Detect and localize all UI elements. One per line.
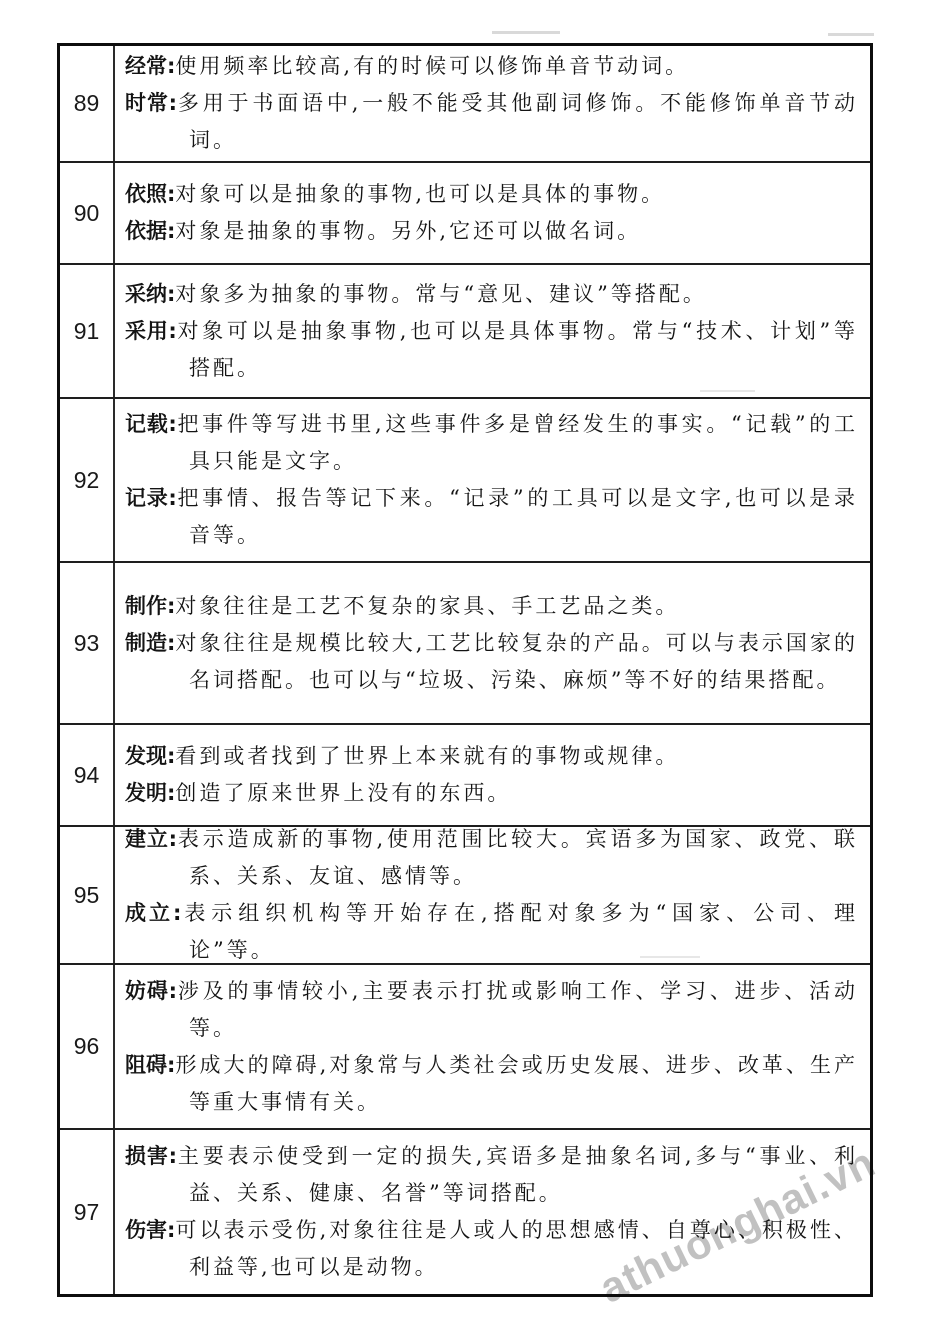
row-number: 89 bbox=[60, 46, 115, 161]
table-row-91: 91 采纳:对象多为抽象的事物。常与“意见、建议”等搭配。 采用:对象可以是抽象… bbox=[60, 265, 870, 399]
term-word: 制作: bbox=[125, 594, 175, 618]
term-explanation: 创造了原来世界上没有的东西。 bbox=[175, 781, 511, 805]
term-explanation: 形成大的障碍,对象常与人类社会或历史发展、进步、改革、生产等重大事情有关。 bbox=[175, 1053, 858, 1114]
row-number: 94 bbox=[60, 725, 115, 825]
term-word: 记载: bbox=[125, 412, 177, 436]
term-word: 建立: bbox=[125, 827, 177, 851]
term-word: 发明: bbox=[125, 781, 175, 805]
term-word: 采纳: bbox=[125, 282, 175, 306]
term-word: 成立: bbox=[125, 901, 181, 925]
row-number: 92 bbox=[60, 399, 115, 561]
definition-entry: 记录:把事情、报告等记下来。“记录”的工具可以是文字,也可以是录音等。 bbox=[125, 480, 858, 554]
definition-entry: 妨碍:涉及的事情较小,主要表示打扰或影响工作、学习、进步、活动等。 bbox=[125, 973, 858, 1047]
synonym-comparison-table: 89 经常:使用频率比较高,有的时候可以修饰单音节动词。 时常:多用于书面语中,… bbox=[57, 43, 873, 1297]
term-word: 妨碍: bbox=[125, 979, 177, 1003]
term-explanation: 把事件等写进书里,这些事件多是曾经发生的事实。“记载”的工具只能是文字。 bbox=[177, 412, 858, 473]
row-content: 妨碍:涉及的事情较小,主要表示打扰或影响工作、学习、进步、活动等。 阻碍:形成大… bbox=[115, 965, 870, 1128]
term-explanation: 对象可以是抽象的事物,也可以是具体的事物。 bbox=[175, 182, 665, 206]
table-row-90: 90 依照:对象可以是抽象的事物,也可以是具体的事物。 依据:对象是抽象的事物。… bbox=[60, 163, 870, 265]
term-explanation: 对象是抽象的事物。另外,它还可以做名词。 bbox=[175, 219, 641, 243]
row-content: 制作:对象往往是工艺不复杂的家具、手工艺品之类。 制造:对象往往是规模比较大,工… bbox=[115, 563, 870, 723]
term-word: 损害: bbox=[125, 1144, 177, 1168]
table-row-92: 92 记载:把事件等写进书里,这些事件多是曾经发生的事实。“记载”的工具只能是文… bbox=[60, 399, 870, 563]
definition-entry: 依照:对象可以是抽象的事物,也可以是具体的事物。 bbox=[125, 176, 858, 213]
definition-entry: 采用:对象可以是抽象事物,也可以是具体事物。常与“技术、计划”等搭配。 bbox=[125, 313, 858, 387]
row-content: 损害:主要表示使受到一定的损失,宾语多是抽象名词,多与“事业、利益、关系、健康、… bbox=[115, 1130, 870, 1294]
definition-entry: 伤害:可以表示受伤,对象往往是人或人的思想感情、自尊心、积极性、利益等,也可以是… bbox=[125, 1212, 858, 1286]
term-word: 制造: bbox=[125, 631, 175, 655]
definition-entry: 记载:把事件等写进书里,这些事件多是曾经发生的事实。“记载”的工具只能是文字。 bbox=[125, 406, 858, 480]
term-word: 经常: bbox=[125, 54, 175, 78]
term-explanation: 表示组织机构等开始存在,搭配对象多为“国家、公司、理论”等。 bbox=[181, 901, 858, 962]
term-explanation: 使用频率比较高,有的时候可以修饰单音节动词。 bbox=[175, 54, 689, 78]
definition-entry: 发明:创造了原来世界上没有的东西。 bbox=[125, 775, 858, 812]
definition-entry: 建立:表示造成新的事物,使用范围比较大。宾语多为国家、政党、联系、关系、友谊、感… bbox=[125, 821, 858, 895]
definition-entry: 依据:对象是抽象的事物。另外,它还可以做名词。 bbox=[125, 213, 858, 250]
table-row-95: 95 建立:表示造成新的事物,使用范围比较大。宾语多为国家、政党、联系、关系、友… bbox=[60, 827, 870, 965]
term-explanation: 对象往往是规模比较大,工艺比较复杂的产品。可以与表示国家的名词搭配。也可以与“垃… bbox=[175, 631, 858, 692]
table-row-94: 94 发现:看到或者找到了世界上本来就有的事物或规律。 发明:创造了原来世界上没… bbox=[60, 725, 870, 827]
term-explanation: 表示造成新的事物,使用范围比较大。宾语多为国家、政党、联系、关系、友谊、感情等。 bbox=[177, 827, 858, 888]
row-content: 建立:表示造成新的事物,使用范围比较大。宾语多为国家、政党、联系、关系、友谊、感… bbox=[115, 827, 870, 963]
row-number: 96 bbox=[60, 965, 115, 1128]
row-content: 依照:对象可以是抽象的事物,也可以是具体的事物。 依据:对象是抽象的事物。另外,… bbox=[115, 163, 870, 263]
term-word: 采用: bbox=[125, 319, 177, 343]
row-number: 90 bbox=[60, 163, 115, 263]
definition-entry: 阻碍:形成大的障碍,对象常与人类社会或历史发展、进步、改革、生产等重大事情有关。 bbox=[125, 1047, 858, 1121]
table-row-96: 96 妨碍:涉及的事情较小,主要表示打扰或影响工作、学习、进步、活动等。 阻碍:… bbox=[60, 965, 870, 1130]
term-explanation: 对象往往是工艺不复杂的家具、手工艺品之类。 bbox=[175, 594, 679, 618]
row-content: 记载:把事件等写进书里,这些事件多是曾经发生的事实。“记载”的工具只能是文字。 … bbox=[115, 399, 870, 561]
term-word: 记录: bbox=[125, 486, 177, 510]
term-word: 发现: bbox=[125, 744, 175, 768]
term-word: 依照: bbox=[125, 182, 175, 206]
row-number: 97 bbox=[60, 1130, 115, 1294]
row-content: 经常:使用频率比较高,有的时候可以修饰单音节动词。 时常:多用于书面语中,一般不… bbox=[115, 46, 870, 161]
term-explanation: 看到或者找到了世界上本来就有的事物或规律。 bbox=[175, 744, 679, 768]
scanned-book-page: athuonghai.vn 89 经常:使用频率比较高,有的时候可以修饰单音节动… bbox=[0, 0, 929, 1321]
definition-entry: 制造:对象往往是规模比较大,工艺比较复杂的产品。可以与表示国家的名词搭配。也可以… bbox=[125, 625, 858, 699]
row-number: 95 bbox=[60, 827, 115, 963]
term-explanation: 对象多为抽象的事物。常与“意见、建议”等搭配。 bbox=[175, 282, 706, 306]
definition-entry: 经常:使用频率比较高,有的时候可以修饰单音节动词。 bbox=[125, 48, 858, 85]
term-explanation: 多用于书面语中,一般不能受其他副词修饰。不能修饰单音节动词。 bbox=[177, 91, 858, 152]
term-explanation: 把事情、报告等记下来。“记录”的工具可以是文字,也可以是录音等。 bbox=[177, 486, 858, 547]
term-explanation: 涉及的事情较小,主要表示打扰或影响工作、学习、进步、活动等。 bbox=[177, 979, 858, 1040]
row-number: 93 bbox=[60, 563, 115, 723]
definition-entry: 发现:看到或者找到了世界上本来就有的事物或规律。 bbox=[125, 738, 858, 775]
table-row-97: 97 损害:主要表示使受到一定的损失,宾语多是抽象名词,多与“事业、利益、关系、… bbox=[60, 1130, 870, 1294]
row-content: 采纳:对象多为抽象的事物。常与“意见、建议”等搭配。 采用:对象可以是抽象事物,… bbox=[115, 265, 870, 397]
table-row-89: 89 经常:使用频率比较高,有的时候可以修饰单音节动词。 时常:多用于书面语中,… bbox=[60, 46, 870, 163]
table-row-93: 93 制作:对象往往是工艺不复杂的家具、手工艺品之类。 制造:对象往往是规模比较… bbox=[60, 563, 870, 725]
scan-artifact bbox=[492, 31, 560, 34]
definition-entry: 制作:对象往往是工艺不复杂的家具、手工艺品之类。 bbox=[125, 588, 858, 625]
term-explanation: 对象可以是抽象事物,也可以是具体事物。常与“技术、计划”等搭配。 bbox=[177, 319, 858, 380]
row-content: 发现:看到或者找到了世界上本来就有的事物或规律。 发明:创造了原来世界上没有的东… bbox=[115, 725, 870, 825]
term-word: 阻碍: bbox=[125, 1053, 175, 1077]
term-word: 时常: bbox=[125, 91, 177, 115]
scan-artifact bbox=[828, 33, 874, 36]
term-word: 伤害: bbox=[125, 1218, 175, 1242]
term-explanation: 可以表示受伤,对象往往是人或人的思想感情、自尊心、积极性、利益等,也可以是动物。 bbox=[175, 1218, 858, 1279]
row-number: 91 bbox=[60, 265, 115, 397]
term-explanation: 主要表示使受到一定的损失,宾语多是抽象名词,多与“事业、利益、关系、健康、名誉”… bbox=[177, 1144, 858, 1205]
definition-entry: 损害:主要表示使受到一定的损失,宾语多是抽象名词,多与“事业、利益、关系、健康、… bbox=[125, 1138, 858, 1212]
term-word: 依据: bbox=[125, 219, 175, 243]
definition-entry: 成立:表示组织机构等开始存在,搭配对象多为“国家、公司、理论”等。 bbox=[125, 895, 858, 969]
definition-entry: 时常:多用于书面语中,一般不能受其他副词修饰。不能修饰单音节动词。 bbox=[125, 85, 858, 159]
definition-entry: 采纳:对象多为抽象的事物。常与“意见、建议”等搭配。 bbox=[125, 276, 858, 313]
